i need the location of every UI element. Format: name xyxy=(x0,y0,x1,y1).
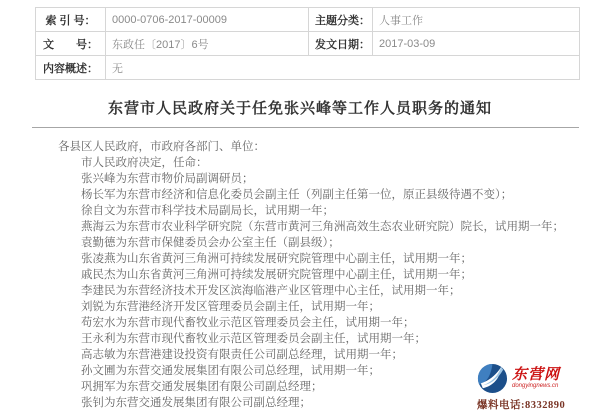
site-watermark: 东营网 dongyingnews.cn 爆料电话:8332890 xyxy=(477,363,582,412)
body-line: 苟宏水为东营市现代畜牧业示范区管理委员会主任，试用期一年； xyxy=(58,315,563,331)
index-number-value: 0000-0706-2017-00009 xyxy=(106,8,309,32)
page-title: 东营市人民政府关于任免张兴峰等工作人员职务的通知 xyxy=(0,97,600,118)
body-line: 杨长军为东营市经济和信息化委员会副主任（列副主任第一位，原正县级待遇不变）； xyxy=(58,187,563,203)
body-line: 市人民政府决定，任命： xyxy=(58,155,563,171)
globe-icon xyxy=(477,363,508,394)
document-page: 索 引 号： 0000-0706-2017-00009 主题分类： 人事工作 文… xyxy=(0,0,600,420)
body-line: 李建民为东营经济技术开发区滨海临港产业区管理中心主任，试用期一年； xyxy=(58,283,563,299)
body-line: 刘锐为东营港经济开发区管理委员会副主任，试用期一年； xyxy=(58,299,563,315)
site-name: 东营网 xyxy=(512,368,560,383)
title-divider xyxy=(32,127,579,128)
table-row: 索 引 号： 0000-0706-2017-00009 主题分类： 人事工作 xyxy=(36,8,580,32)
summary-value: 无 xyxy=(106,56,580,80)
body-line: 王永利为东营市现代畜牧业示范区管理委员会副主任，试用期一年； xyxy=(58,331,563,347)
table-row: 内容概述： 无 xyxy=(36,56,580,80)
body-line: 张兴峰为东营市物价局副调研员； xyxy=(58,171,563,187)
body-line: 燕海云为东营市农业科学研究院（东营市黄河三角洲高效生态农业研究院）院长，试用期一… xyxy=(58,219,563,235)
document-meta-table: 索 引 号： 0000-0706-2017-00009 主题分类： 人事工作 文… xyxy=(35,7,580,80)
document-number-value: 东政任〔2017〕6号 xyxy=(106,32,309,56)
summary-label: 内容概述： xyxy=(36,56,106,80)
issue-date-label: 发文日期： xyxy=(309,32,373,56)
table-row: 文 号： 东政任〔2017〕6号 发文日期： 2017-03-09 xyxy=(36,32,580,56)
body-line: 高志敏为东营港建设投资有限责任公司副总经理，试用期一年； xyxy=(58,347,563,363)
issue-date-value: 2017-03-09 xyxy=(373,32,580,56)
body-line: 张凌燕为山东省黄河三角洲可持续发展研究院管理中心副主任，试用期一年； xyxy=(58,251,563,267)
subject-category-value: 人事工作 xyxy=(373,8,580,32)
document-number-label: 文 号： xyxy=(36,32,106,56)
salutation-line: 各县区人民政府，市政府各部门、单位： xyxy=(58,139,563,155)
body-line: 徐自文为东营市科学技术局副局长，试用期一年； xyxy=(58,203,563,219)
subject-category-label: 主题分类： xyxy=(309,8,373,32)
body-line: 袁勤德为东营市保健委员会办公室主任（副县级）； xyxy=(58,235,563,251)
index-number-label: 索 引 号： xyxy=(36,8,106,32)
hotline-text: 爆料电话:8332890 xyxy=(477,397,582,412)
body-line: 戚民杰为山东省黄河三角洲可持续发展研究院管理中心副主任，试用期一年； xyxy=(58,267,563,283)
site-url: dongyingnews.cn xyxy=(512,383,560,390)
